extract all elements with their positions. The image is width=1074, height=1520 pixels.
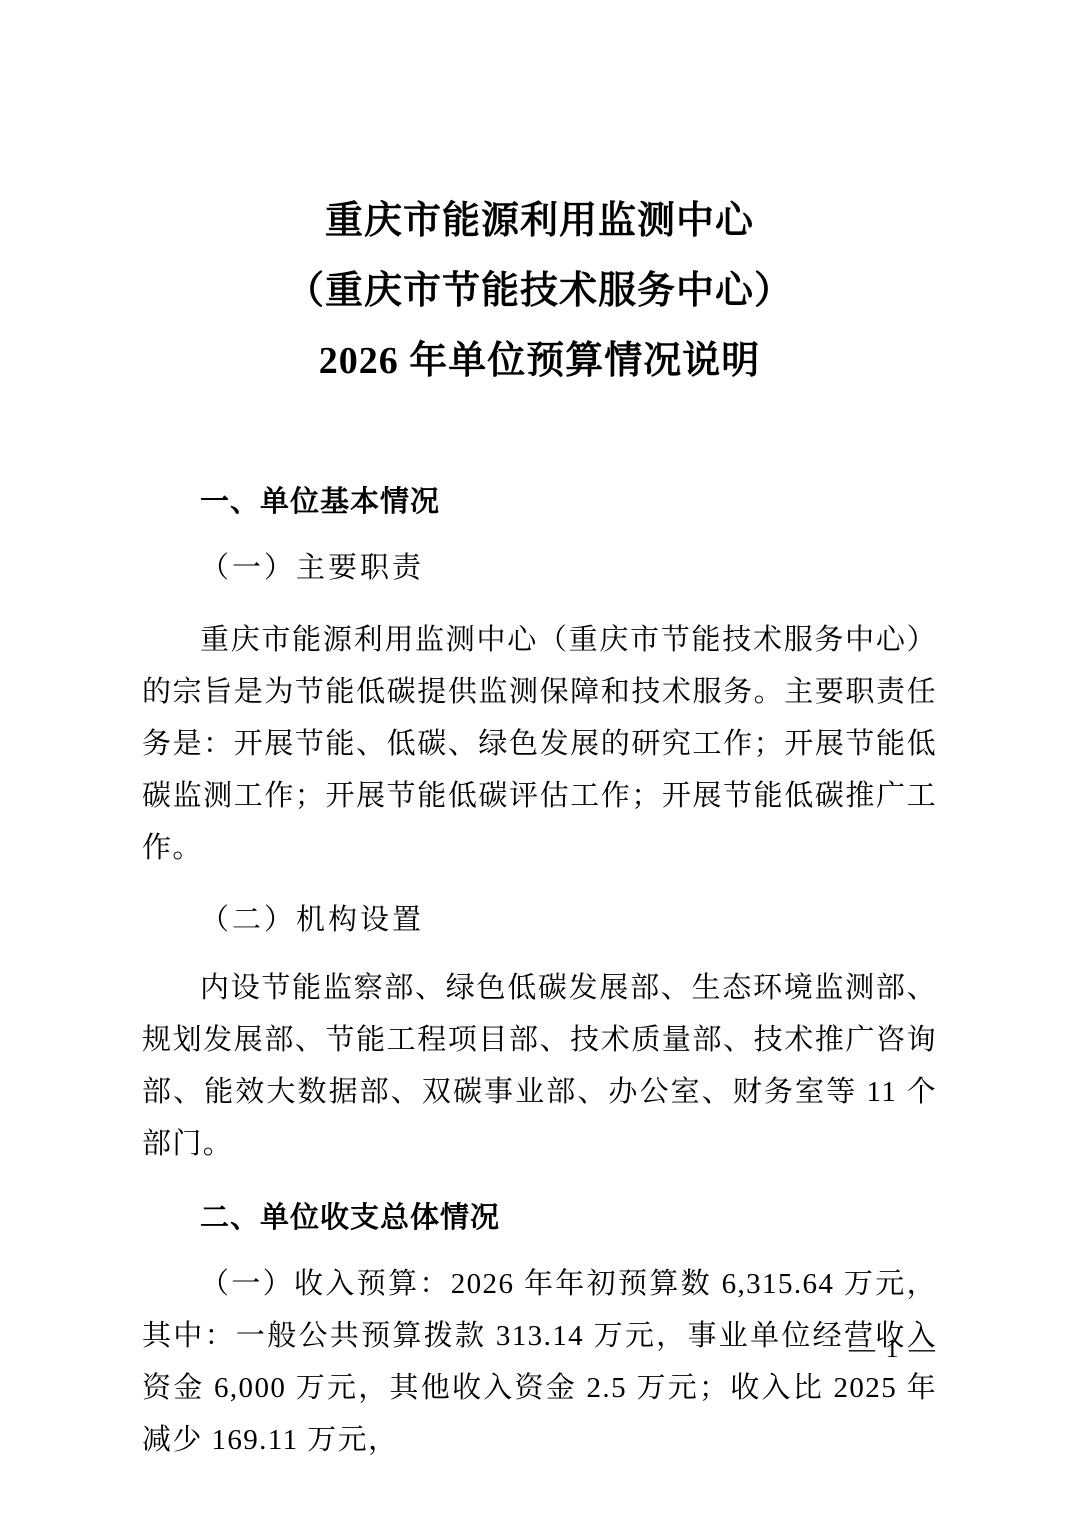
section-heading-basic-information: 一、单位基本情况 <box>142 476 937 528</box>
title-line-3: 2026 年单位预算情况说明 <box>142 326 937 396</box>
paragraph-main-duties: 重庆市能源利用监测中心（重庆市节能技术服务中心）的宗旨是为节能低碳提供监测保障和… <box>142 614 937 874</box>
page-number: — 1 — <box>849 1334 937 1364</box>
paragraph-income-budget: （一）收入预算：2026 年年初预算数 6,315.64 万元，其中：一般公共预… <box>142 1258 937 1466</box>
document-page: 重庆市能源利用监测中心 （重庆市节能技术服务中心） 2026 年单位预算情况说明… <box>0 0 1074 1520</box>
title-line-2: （重庆市节能技术服务中心） <box>142 256 937 326</box>
subsection-heading-main-duties: （一）主要职责 <box>142 542 937 594</box>
paragraph-organization-setup: 内设节能监察部、绿色低碳发展部、生态环境监测部、规划发展部、节能工程项目部、技术… <box>142 962 937 1170</box>
subsection-heading-organization-setup: （二）机构设置 <box>142 894 937 946</box>
document-title: 重庆市能源利用监测中心 （重庆市节能技术服务中心） 2026 年单位预算情况说明 <box>142 186 937 396</box>
title-line-1: 重庆市能源利用监测中心 <box>142 186 937 256</box>
section-heading-revenue-expenditure-overview: 二、单位收支总体情况 <box>142 1192 937 1244</box>
